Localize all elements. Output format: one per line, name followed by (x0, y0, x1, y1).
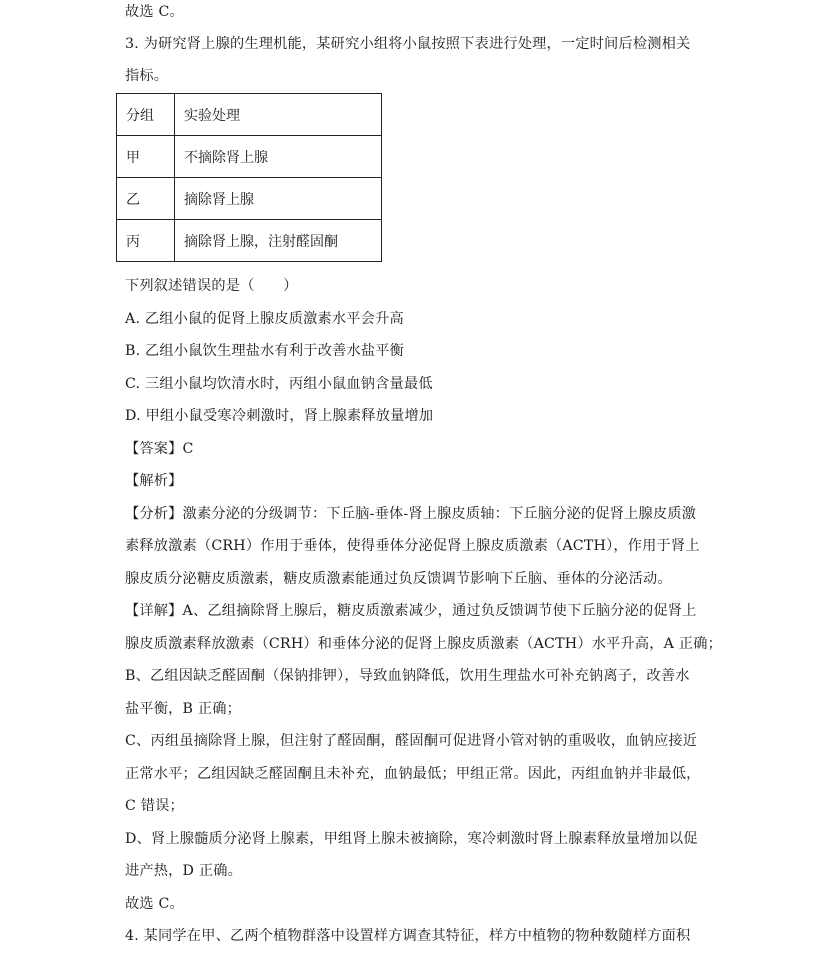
detail-line: 正常水平；乙组因缺乏醛固酮且未补充，血钠最低；甲组正常。因此，丙组血钠并非最低， (125, 764, 701, 784)
table-cell-group: 乙 (117, 178, 175, 220)
detail-line: C、丙组虽摘除肾上腺，但注射了醛固酮，醛固酮可促进肾小管对钠的重吸收，血钠应接近 (125, 731, 697, 751)
table-header-group: 分组 (117, 94, 175, 136)
table-row: 丙 摘除肾上腺，注射醛固酮 (117, 220, 382, 262)
table-cell-treatment: 不摘除肾上腺 (175, 136, 382, 178)
analysis-line: 素释放激素（CRH）作用于垂体，使得垂体分泌促肾上腺皮质激素（ACTH），作用于… (125, 536, 700, 556)
detail-line: D、肾上腺髓质分泌肾上腺素，甲组肾上腺未被摘除，寒冷刺激时肾上腺素释放量增加以促 (125, 829, 698, 849)
answer: 【答案】C (125, 439, 194, 459)
analysis-line: 【分析】激素分泌的分级调节：下丘脑-垂体-肾上腺皮质轴：下丘脑分泌的促肾上腺皮质… (125, 504, 696, 524)
detail-line: C 错误； (125, 796, 184, 816)
table-row: 乙 摘除肾上腺 (117, 178, 382, 220)
detail-line: 【详解】A、乙组摘除肾上腺后，糖皮质激素减少，通过负反馈调节使下丘脑分泌的促肾上 (125, 601, 697, 621)
option-d: D. 甲组小鼠受寒冷刺激时，肾上腺素释放量增加 (125, 406, 433, 426)
table-cell-treatment: 摘除肾上腺 (175, 178, 382, 220)
detail-line: 腺皮质激素释放激素（CRH）和垂体分泌的促肾上腺皮质激素（ACTH）水平升高，A… (125, 634, 722, 654)
detail-line: 盐平衡，B 正确； (125, 699, 241, 719)
detail-line: 进产热，D 正确。 (125, 861, 242, 881)
table-cell-group: 甲 (117, 136, 175, 178)
question-3-stem-line-2: 指标。 (125, 66, 168, 86)
analysis-heading: 【解析】 (125, 471, 183, 491)
option-a: A. 乙组小鼠的促肾上腺皮质激素水平会升高 (125, 309, 404, 329)
table-cell-group: 丙 (117, 220, 175, 262)
question-prompt: 下列叙述错误的是（ ） (125, 276, 298, 296)
question-4-stem-line-1: 4. 某同学在甲、乙两个植物群落中设置样方调查其特征，样方中植物的物种数随样方面… (125, 926, 690, 946)
option-b: B. 乙组小鼠饮生理盐水有利于改善水盐平衡 (125, 341, 404, 361)
detail-line: B、乙组因缺乏醛固酮（保钠排钾），导致血钠降低，饮用生理盐水可补充钠离子，改善水 (125, 666, 690, 686)
analysis-line: 腺皮质分泌糖皮质激素，糖皮质激素能通过负反馈调节影响下丘脑、垂体的分泌活动。 (125, 569, 672, 589)
treatment-table: 分组 实验处理 甲 不摘除肾上腺 乙 摘除肾上腺 丙 摘除肾上腺，注射醛固酮 (116, 93, 382, 262)
table-header-row: 分组 实验处理 (117, 94, 382, 136)
table-header-treatment: 实验处理 (175, 94, 382, 136)
conclusion: 故选 C。 (125, 894, 184, 914)
option-c: C. 三组小鼠均饮清水时，丙组小鼠血钠含量最低 (125, 374, 433, 394)
table-row: 甲 不摘除肾上腺 (117, 136, 382, 178)
question-3-stem-line-1: 3. 为研究肾上腺的生理机能，某研究小组将小鼠按照下表进行处理，一定时间后检测相… (125, 34, 690, 54)
table-cell-treatment: 摘除肾上腺，注射醛固酮 (175, 220, 382, 262)
previous-conclusion: 故选 C。 (125, 2, 184, 22)
